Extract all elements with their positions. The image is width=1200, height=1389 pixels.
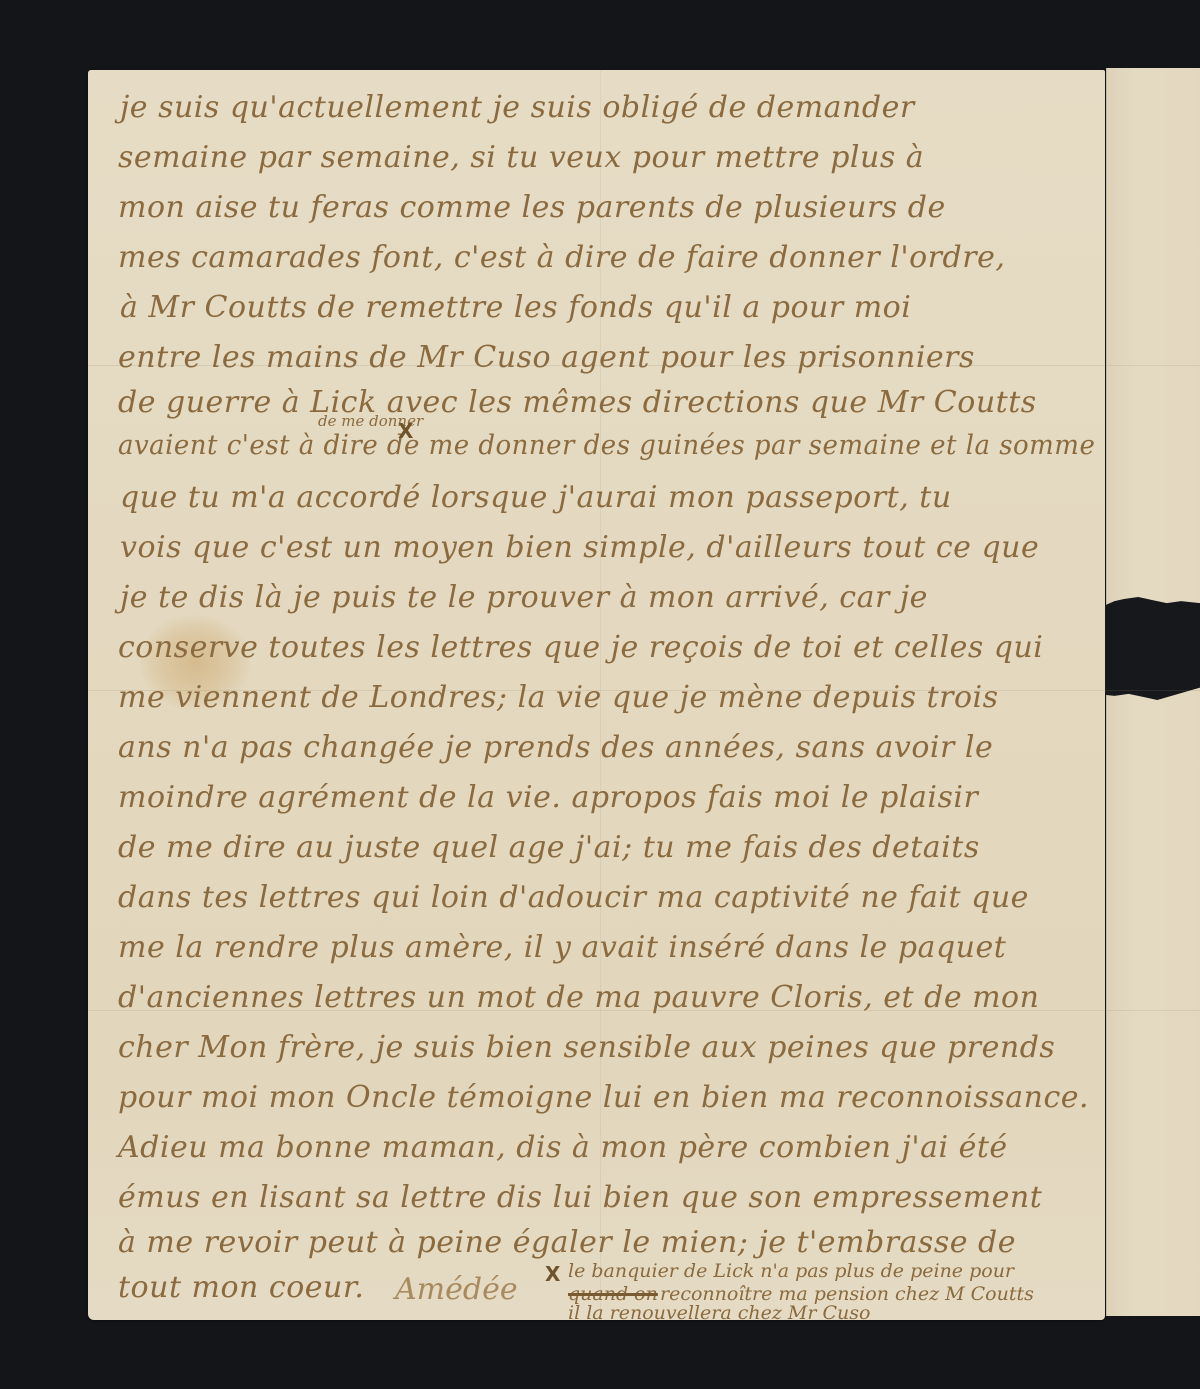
text-line: Adieu ma bonne maman, dis à mon père com… — [118, 1130, 1008, 1165]
text-line: mon aise tu feras comme les parents de p… — [118, 190, 946, 225]
signature: Amédée — [395, 1272, 518, 1307]
text-line: pour moi mon Oncle témoigne lui en bien … — [118, 1080, 1089, 1115]
postscript-line: le banquier de Lick n'a pas plus de pein… — [568, 1260, 1014, 1282]
text-line: dans tes lettres qui loin d'adoucir ma c… — [118, 880, 1029, 915]
text-line: entre les mains de Mr Cuso agent pour le… — [118, 340, 975, 375]
text-line: semaine par semaine, si tu veux pour met… — [118, 140, 924, 175]
text-line: tout mon coeur. — [118, 1270, 364, 1305]
text-line: me la rendre plus amère, il y avait insé… — [118, 930, 1006, 965]
text-line: conserve toutes les lettres que je reçoi… — [118, 630, 1043, 665]
postscript-line: il la renouvellera chez Mr Cuso — [568, 1302, 870, 1324]
text-line: vois que c'est un moyen bien simple, d'a… — [120, 530, 1039, 565]
text-line: émus en lisant sa lettre dis lui bien qu… — [118, 1180, 1042, 1215]
text-line: me viennent de Londres; la vie que je mè… — [118, 680, 999, 715]
text-line: je te dis là je puis te le prouver à mon… — [120, 580, 928, 615]
text-line: avaient c'est à dire de me donner des gu… — [118, 430, 1095, 461]
text-line: à me revoir peut à peine égaler le mien;… — [118, 1225, 1016, 1260]
text-line: moindre agrément de la vie. apropos fais… — [118, 780, 978, 815]
text-line: à Mr Coutts de remettre les fonds qu'il … — [120, 290, 911, 325]
text-line: mes camarades font, c'est à dire de fair… — [118, 240, 1005, 275]
text-line: de me dire au juste quel age j'ai; tu me… — [118, 830, 980, 865]
paper-tear-hole — [1105, 597, 1200, 700]
text-line: je suis qu'actuellement je suis obligé d… — [120, 90, 915, 125]
text-line: de guerre à Lick avec les mêmes directio… — [118, 385, 1037, 420]
text-line: cher Mon frère, je suis bien sensible au… — [118, 1030, 1055, 1065]
text-line: que tu m'a accordé lorsque j'aurai mon p… — [120, 480, 952, 515]
postscript-mark-icon: X — [545, 1262, 560, 1286]
insertion-mark-icon: X — [398, 419, 413, 443]
text-line: ans n'a pas changée je prends des années… — [118, 730, 993, 765]
text-line: d'anciennes lettres un mot de ma pauvre … — [118, 980, 1039, 1015]
